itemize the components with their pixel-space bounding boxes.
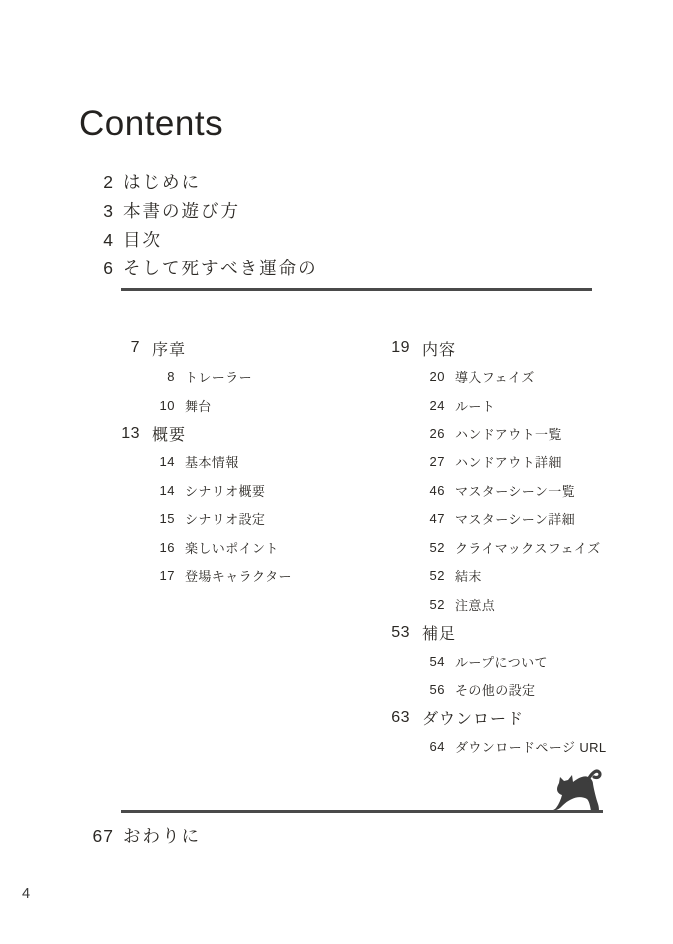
entry-page-number: 2 (0, 168, 114, 197)
toc-entry: 47マスターシーン詳細 (360, 505, 607, 533)
entry-label: ダウンロード (422, 706, 524, 729)
entry-label: その他の設定 (455, 680, 535, 699)
entry-page-number: 3 (0, 197, 114, 226)
entry-page-number: 54 (360, 654, 445, 669)
page-number: 4 (22, 886, 31, 902)
toc-entry: 10舞台 (90, 391, 292, 419)
entry-page-number: 52 (360, 597, 445, 612)
entry-label: 概要 (152, 422, 186, 445)
toc-entry: 24ルート (360, 391, 607, 419)
entry-page-number: 7 (90, 339, 140, 357)
front-toc-list: 2はじめに 3本書の遊び方 4目次 6そして死すべき運命の (0, 168, 318, 283)
toc-entry: 19内容 (360, 334, 607, 362)
entry-page-number: 63 (360, 709, 410, 727)
entry-page-number: 56 (360, 682, 445, 697)
toc-entry: 14シナリオ概要 (90, 476, 292, 504)
toc-entry: 53補足 (360, 618, 607, 646)
entry-page-number: 10 (90, 398, 175, 413)
toc-entry: 27ハンドアウト詳細 (360, 448, 607, 476)
toc-entry: 54ループについて (360, 647, 607, 675)
entry-label: そして死すべき運命の (123, 258, 318, 278)
toc-entry: 52注意点 (360, 590, 607, 618)
toc-entry: 3本書の遊び方 (0, 197, 318, 226)
entry-label: ダウンロードページ URL (455, 737, 607, 756)
entry-label: ハンドアウト詳細 (455, 452, 562, 471)
entry-label: 序章 (152, 337, 186, 360)
toc-entry: 2はじめに (0, 168, 318, 197)
entry-page-number: 64 (360, 739, 445, 754)
toc-entry: 67おわりに (0, 822, 201, 851)
entry-page-number: 4 (0, 226, 114, 255)
entry-page-number: 17 (90, 568, 175, 583)
toc-entry: 4目次 (0, 226, 318, 255)
toc-entry: 17登場キャラクター (90, 562, 292, 590)
toc-page: Contents 2はじめに 3本書の遊び方 4目次 6そして死すべき運命の 7… (0, 0, 673, 944)
toc-entry: 52結末 (360, 562, 607, 590)
toc-entry: 13概要 (90, 419, 292, 447)
entry-label: マスターシーン一覧 (455, 481, 575, 500)
toc-entry: 15シナリオ設定 (90, 505, 292, 533)
entry-page-number: 46 (360, 483, 445, 498)
entry-label: 補足 (422, 621, 456, 644)
entry-page-number: 24 (360, 398, 445, 413)
entry-label: 楽しいポイント (185, 538, 279, 557)
entry-label: 舞台 (185, 396, 212, 415)
entry-label: 注意点 (455, 595, 495, 614)
entry-page-number: 67 (0, 822, 114, 851)
entry-label: 目次 (123, 230, 162, 250)
top-divider (121, 288, 592, 291)
entry-label: クライマックスフェイズ (455, 538, 601, 557)
entry-label: はじめに (123, 172, 201, 192)
entry-label: シナリオ概要 (185, 481, 265, 500)
toc-entry: 64ダウンロードページ URL (360, 732, 607, 760)
entry-label: マスターシーン詳細 (455, 509, 575, 528)
toc-entry: 46マスターシーン一覧 (360, 476, 607, 504)
entry-label: 結末 (455, 566, 482, 585)
toc-entry: 7序章 (90, 334, 292, 362)
toc-entry: 26ハンドアウト一覧 (360, 419, 607, 447)
entry-label: おわりに (123, 826, 201, 846)
entry-label: 導入フェイズ (455, 367, 535, 386)
stretching-cat-icon (546, 768, 604, 813)
entry-label: ルート (455, 396, 495, 415)
back-toc-list: 67おわりに (0, 822, 201, 851)
page-title: Contents (79, 106, 223, 141)
entry-label: シナリオ設定 (185, 509, 265, 528)
entry-page-number: 19 (360, 339, 410, 357)
toc-entry: 8トレーラー (90, 362, 292, 390)
toc-entry: 56その他の設定 (360, 675, 607, 703)
toc-entry: 14基本情報 (90, 448, 292, 476)
entry-page-number: 14 (90, 454, 175, 469)
entry-page-number: 47 (360, 511, 445, 526)
entry-page-number: 52 (360, 540, 445, 555)
entry-label: ループについて (455, 652, 548, 671)
right-toc-column: 19内容 20導入フェイズ 24ルート 26ハンドアウト一覧 27ハンドアウト詳… (360, 334, 607, 761)
entry-page-number: 14 (90, 483, 175, 498)
entry-label: ハンドアウト一覧 (455, 424, 562, 443)
entry-page-number: 15 (90, 511, 175, 526)
entry-page-number: 16 (90, 540, 175, 555)
entry-page-number: 6 (0, 254, 114, 283)
entry-page-number: 27 (360, 454, 445, 469)
toc-entry: 6そして死すべき運命の (0, 254, 318, 283)
entry-page-number: 13 (90, 425, 140, 443)
toc-entry: 52クライマックスフェイズ (360, 533, 607, 561)
entry-page-number: 8 (90, 369, 175, 384)
toc-entry: 20導入フェイズ (360, 362, 607, 390)
entry-page-number: 52 (360, 568, 445, 583)
toc-entry: 63ダウンロード (360, 704, 607, 732)
entry-page-number: 53 (360, 624, 410, 642)
toc-entry: 16楽しいポイント (90, 533, 292, 561)
left-toc-column: 7序章 8トレーラー 10舞台 13概要 14基本情報 14シナリオ概要 1 (90, 334, 292, 590)
bottom-divider (121, 810, 603, 813)
entry-page-number: 26 (360, 426, 445, 441)
entry-label: 本書の遊び方 (123, 201, 240, 221)
entry-label: トレーラー (185, 367, 252, 386)
entry-label: 登場キャラクター (185, 566, 292, 585)
entry-label: 基本情報 (185, 452, 239, 471)
entry-label: 内容 (422, 337, 456, 360)
entry-page-number: 20 (360, 369, 445, 384)
